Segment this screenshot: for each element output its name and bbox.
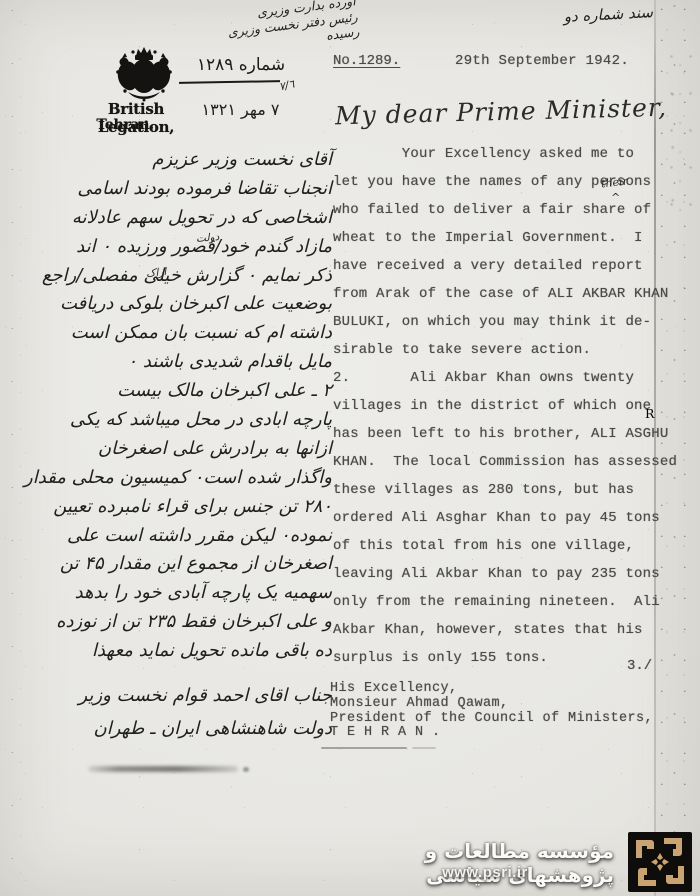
text-line: دولت شاهنشاهی ایران ـ طهران — [58, 712, 332, 745]
text-line: ده باقی مانده تحویل نماید معهذا — [14, 637, 332, 666]
text-line: from Arak of the case of ALI AKBAR KHAN — [333, 280, 673, 308]
text-line: ۲۸۰ تن جنس برای قراء نامبرده تعیین — [14, 493, 332, 522]
text-line: Akbar Khan, however, states that his — [333, 616, 673, 644]
text-line: داشته ام که نسبت بان ممکن است — [14, 319, 332, 348]
handwritten-correction-r: R — [645, 406, 654, 421]
text-line: ۲ ـ علی اکبرخان مالک بیست — [14, 377, 332, 406]
text-line: BULUKI, on which you may think it de- — [333, 308, 673, 336]
psri-logo-icon — [628, 832, 692, 892]
letter-date: 29th September 1942. — [455, 53, 629, 69]
text-line: Your Excellency asked me to — [333, 140, 673, 168]
text-line: اصغرخان از مجموع این مقدار ۴۵ تن — [14, 550, 332, 579]
text-line: KHAN. The local Commission has assessed — [333, 448, 673, 476]
letterhead-org-city: Tehran. — [70, 117, 180, 133]
royal-coat-of-arms-icon — [110, 45, 178, 103]
text-line: Monsieur Ahmad Qawam, — [330, 697, 653, 712]
watermark-url: www.psri.ir — [415, 864, 555, 881]
text-line: جناب اقای احمد قوام نخست وزیر — [58, 679, 332, 712]
document-number-note: سند شماره دو — [543, 3, 654, 27]
text-line: has been left to his brother, ALI ASGHU — [333, 420, 673, 448]
address-underline-dash — [412, 747, 436, 749]
english-letter-body: Your Excellency asked me tolet you have … — [333, 140, 673, 672]
text-line: ذکر نمایم ٠ گزارش خیلی مفصلی/راجع — [14, 262, 332, 291]
text-line: و علی اکبرخان فقط ۲۳۵ تن از نوزده — [14, 608, 332, 637]
persian-letter-body: آقای نخست وزیر عزیزمانجناب تقاضا فرموده … — [14, 146, 332, 666]
letterhead-date-fa: ۷ مهر ۱۳۲۱ — [188, 100, 293, 119]
text-line: leaving Ali Akbar Khan to pay 235 tons — [333, 560, 673, 588]
text-line: ordered Ali Asghar Khan to pay 45 tons — [333, 504, 673, 532]
letterhead-number-fa: شماره ۱۲۸۹ — [185, 55, 297, 75]
text-line: ازانها به برادرش علی اصغرخان — [14, 435, 332, 464]
letterhead-rule-line — [179, 80, 280, 84]
text-line: واگذار شده است٠ کمیسیون محلی مقدار — [14, 464, 332, 493]
text-line: of this total from his one village, — [333, 532, 673, 560]
text-line: سهمیه یک پارچه آبادی خود را بدهد — [14, 579, 332, 608]
text-line: surplus is only 155 tons. — [333, 644, 673, 672]
recipient-address-en: His Excellency,Monsieur Ahmad Qawam,Pres… — [330, 682, 653, 741]
text-line: who failed to deliver a fair share of — [333, 196, 673, 224]
text-line: T E H R A N . — [330, 726, 653, 741]
text-line: wheat to the Imperial Government. I — [333, 224, 673, 252]
handwritten-insertion-their: their — [600, 175, 628, 191]
persian-insertion-dovlat: دولت — [196, 231, 220, 245]
recipient-address-fa: جناب اقای احمد قوام نخست وزیردولت شاهنشا… — [58, 679, 332, 745]
page-continuation-marker: 3./ — [627, 658, 652, 674]
text-line: بوضعیت علی اکبرخان بلوکی دریافت — [14, 290, 332, 319]
text-line: have received a very detailed report — [333, 252, 673, 280]
text-line: 2. Ali Akbar Khan owns twenty — [333, 364, 673, 392]
text-line: villages in the district of which one — [333, 392, 673, 420]
text-line: sirable to take severe action. — [333, 336, 673, 364]
handwritten-salutation: My dear Prime Minister, — [335, 93, 668, 131]
text-line: انجناب تقاضا فرموده بودند اسامی — [14, 175, 332, 204]
text-line: آقای نخست وزیر عزیزم — [14, 146, 332, 175]
erased-text-smudge — [88, 766, 238, 772]
insertion-caret-mark: ^ — [611, 191, 620, 204]
text-line: پارچه ابادی در محل میباشد که یکی — [14, 406, 332, 435]
registry-handwritten-note: آورده بدارت وزیری رئیس دفتر نخست وزیری ر… — [191, 0, 360, 59]
text-line: مایل باقدام شدیدی باشند ٠ — [14, 348, 332, 377]
reference-number: No.1289. — [333, 53, 400, 69]
text-line: مازاد گندم خود/قصور ورزیده ٠ اند — [14, 233, 332, 262]
text-line: His Excellency, — [330, 682, 653, 697]
persian-insertion-arak: اراک — [145, 266, 166, 280]
scanned-letter-page: آورده بدارت وزیری رئیس دفتر نخست وزیری ر… — [0, 0, 700, 896]
text-line: these villages as 280 tons, but has — [333, 476, 673, 504]
text-line: اشخاصی که در تحویل سهم عادلانه — [14, 204, 332, 233]
text-line: only from the remaining nineteen. Ali — [333, 588, 673, 616]
fraction-mark: ٧/٦ — [278, 78, 296, 94]
address-underline — [321, 747, 407, 749]
text-line: نموده٠ لیکن مقرر داشته است علی — [14, 522, 332, 551]
smudge-dot — [243, 767, 249, 772]
